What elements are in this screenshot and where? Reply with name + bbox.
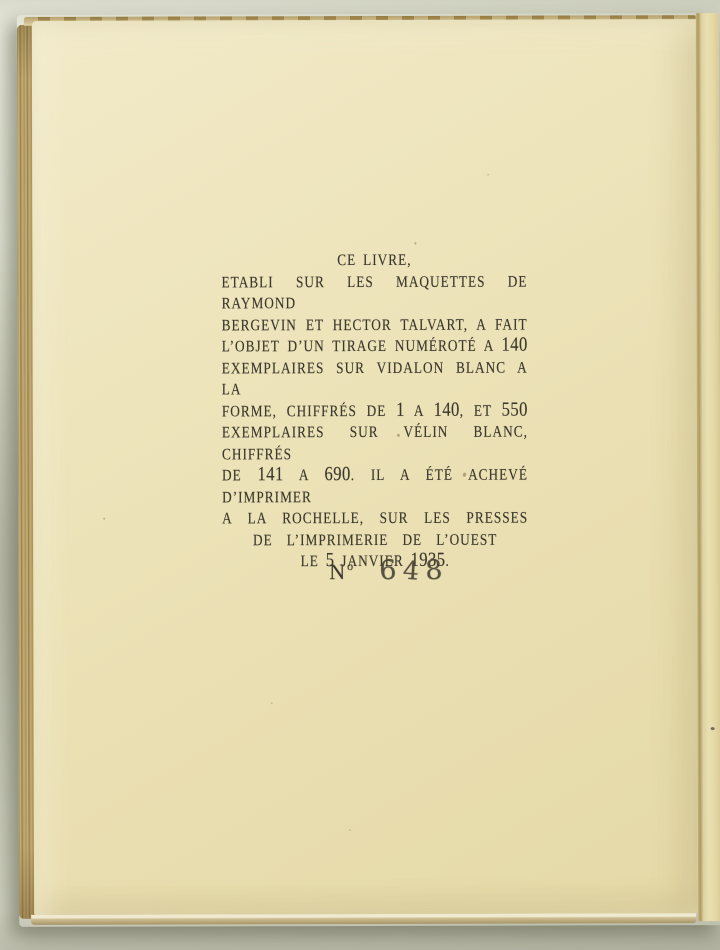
paper-speck bbox=[711, 727, 715, 730]
book-bottom-edge bbox=[31, 913, 696, 925]
colophon-line: FORME, CHIFFRÉS DE 1 A 140, ET 550 bbox=[222, 400, 528, 422]
copy-number-n: N bbox=[329, 559, 346, 584]
book: CE LIVRE,ETABLI SUR LES MAQUETTES DE RAY… bbox=[17, 13, 720, 927]
colophon-line: L’OBJET D’UN TIRAGE NUMÉROTÉ A 140 bbox=[222, 336, 528, 358]
book-gutter-fold bbox=[696, 13, 720, 921]
paper-speck bbox=[414, 242, 416, 245]
colophon-line: BERGEVIN ET HECTOR TALVART, A FAIT bbox=[222, 314, 528, 336]
copy-number-stamp: 648 bbox=[379, 555, 449, 586]
paper-speck bbox=[103, 518, 105, 520]
colophon-line: DE 141 A 690. IL A ÉTÉ ACHEVÉ D’IMPRIMER bbox=[222, 465, 528, 509]
paper-speck bbox=[487, 174, 489, 176]
colophon-line: ETABLI SUR LES MAQUETTES DE RAYMOND bbox=[221, 271, 527, 315]
colophon-line: CE LIVRE, bbox=[221, 250, 527, 272]
colophon-line: DE L’IMPRIMERIE DE L’OUEST bbox=[222, 529, 528, 551]
paper-speck bbox=[349, 829, 351, 831]
copy-number: No 648 bbox=[329, 555, 449, 586]
copy-number-ordinal: o bbox=[347, 559, 354, 573]
paper-speck bbox=[397, 434, 400, 437]
paper-speck bbox=[271, 702, 273, 704]
colophon-line: EXEMPLAIRES SUR VÉLIN BLANC, CHIFFRÉS bbox=[222, 422, 528, 466]
colophon-line: EXEMPLAIRES SUR VIDALON BLANC A LA bbox=[222, 357, 528, 401]
colophon-text: CE LIVRE,ETABLI SUR LES MAQUETTES DE RAY… bbox=[221, 250, 528, 573]
colophon-line: A LA ROCHELLE, SUR LES PRESSES bbox=[222, 508, 528, 530]
copy-number-prefix: No bbox=[329, 559, 353, 585]
